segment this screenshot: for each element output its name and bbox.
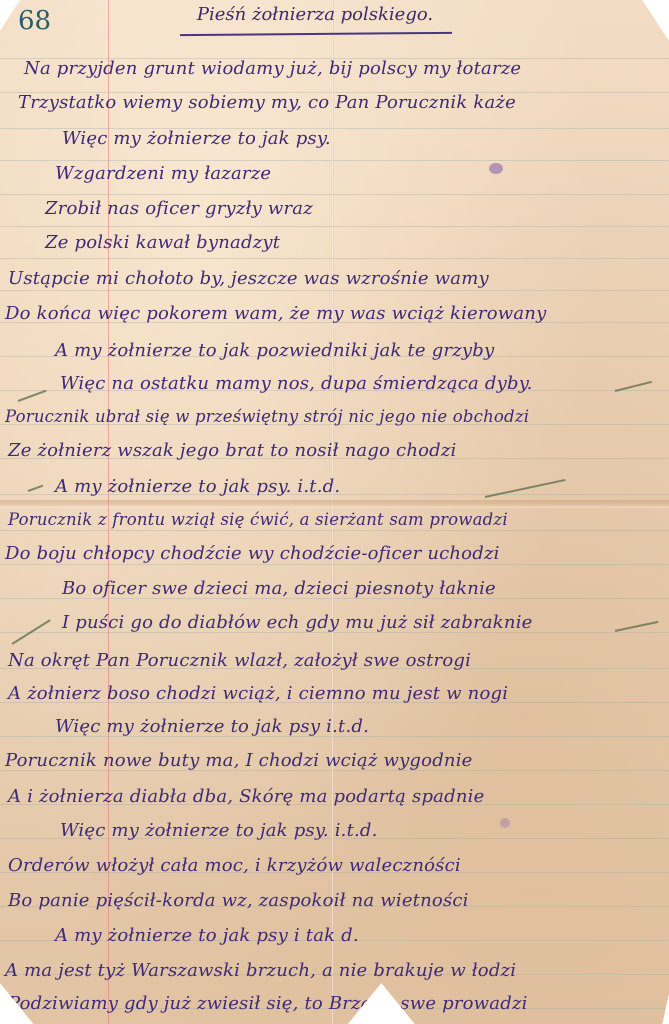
verse-line: Do końca więc pokorem wam, że my was wci… xyxy=(5,303,546,324)
verse-line: Więc my żołnierze to jak psy i.t.d. xyxy=(55,716,369,737)
verse-line: Podziwiamy gdy już zwiesił się, to Brzan… xyxy=(8,993,528,1014)
pencil-mark xyxy=(28,485,44,492)
verse-line: Na przyjden grunt wiodamy już, bij polsc… xyxy=(24,58,521,79)
verse-line: I puści go do diabłów ech gdy mu już sił… xyxy=(62,612,533,633)
verse-line: A żołnierz boso chodzi wciąż, i ciemno m… xyxy=(8,683,508,704)
verse-line: Trzystatko wiemy sobiemy my, co Pan Poru… xyxy=(18,92,516,113)
ruled-line xyxy=(0,530,669,531)
verse-line: Porucznik ubrał się w przeświętny strój … xyxy=(5,407,529,426)
ink-stain xyxy=(489,163,503,174)
verse-line: Zrobił nas oficer gryzły wraz xyxy=(45,198,313,219)
verse-line: Bo oficer swe dzieci ma, dzieci piesnoty… xyxy=(62,578,496,599)
verse-line: Porucznik nowe buty ma, I chodzi wciąż w… xyxy=(5,750,473,771)
verse-line: A my żołnierze to jak psy i tak d. xyxy=(55,925,359,946)
verse-line: Ze polski kawał bynadzyt xyxy=(45,232,280,253)
verse-line: Porucznik z frontu wziął się ćwić, a sie… xyxy=(8,510,508,529)
ruled-line xyxy=(0,564,669,565)
ruled-line xyxy=(0,258,669,259)
pencil-mark xyxy=(485,479,566,498)
verse-line: A my żołnierze to jak pozwiedniki jak te… xyxy=(55,340,494,361)
verse-line: A ma jest tyż Warszawski brzuch, a nie b… xyxy=(5,960,516,981)
verse-line: Bo panie pięścił-korda wz, zaspokoił na … xyxy=(8,890,469,911)
verse-line: Więc my żołnierze to jak psy. xyxy=(62,128,331,149)
horizontal-fold-crease xyxy=(0,500,669,508)
title-underline xyxy=(180,32,452,36)
verse-line: A my żołnierze to jak psy. i.t.d. xyxy=(55,476,340,497)
pencil-mark xyxy=(615,621,658,632)
verse-line: Do boju chłopcy chodźcie wy chodźcie-ofi… xyxy=(5,543,500,564)
ruled-line xyxy=(0,290,669,291)
verse-line: Ze żołnierz wszak jego brat to nosił nag… xyxy=(8,440,457,461)
song-title: Pieśń żołnierza polskiego. xyxy=(180,4,450,25)
ruled-line xyxy=(0,160,669,161)
verse-line: Orderów włożył cała moc, i krzyżów walec… xyxy=(8,855,461,876)
ruled-line xyxy=(0,194,669,195)
pencil-mark xyxy=(18,390,47,402)
verse-line: Ustąpcie mi chołoto by, jeszcze was wzro… xyxy=(8,268,489,289)
verse-line: A i żołnierza diabła dba, Skórę ma podar… xyxy=(8,786,484,807)
page-number: 68 xyxy=(18,6,51,36)
ink-stain xyxy=(500,818,510,828)
ruled-line xyxy=(0,226,669,227)
verse-line: Więc na ostatku mamy nos, dupa śmierdząc… xyxy=(60,373,533,394)
verse-line: Więc my żołnierze to jak psy. i.t.d. xyxy=(60,820,378,841)
manuscript-page: 68 Pieśń żołnierza polskiego. Na przyjde… xyxy=(0,0,669,1024)
verse-line: Wzgardzeni my łazarze xyxy=(55,163,271,184)
verse-line: Na okręt Pan Porucznik wlazł, założył sw… xyxy=(8,650,471,671)
